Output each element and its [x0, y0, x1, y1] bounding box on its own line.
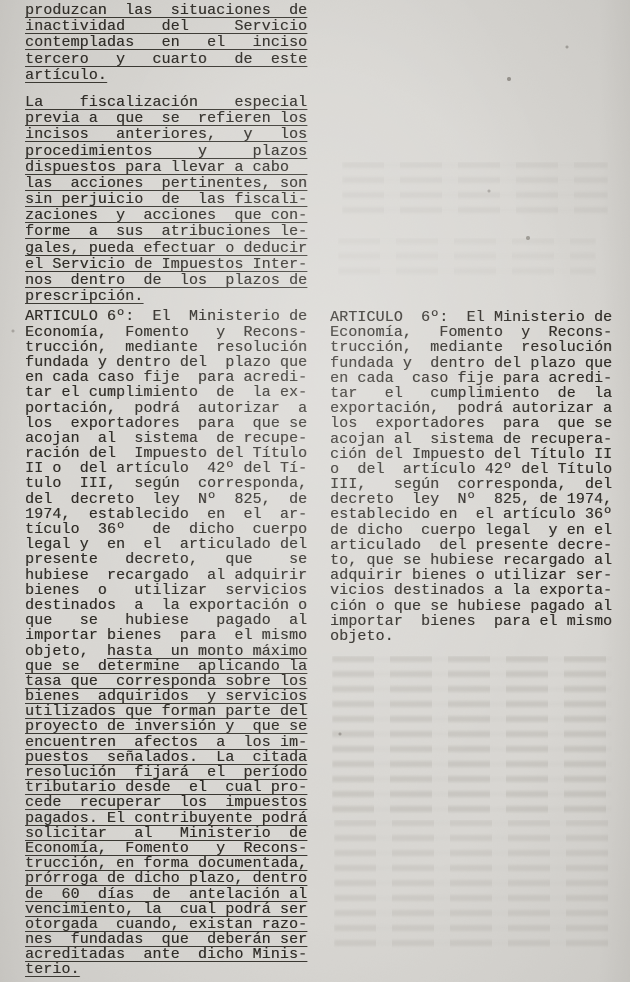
- text-line: 1974, establecido en el ar-: [25, 507, 315, 522]
- text-line: del decreto ley Nº 825, de: [25, 492, 315, 507]
- text-line: bienes o utilizar servicios: [25, 583, 315, 598]
- text-line: importar bienes para el mismo: [25, 628, 315, 643]
- text-line: artículo.: [25, 68, 315, 84]
- text-line: objeto.: [330, 629, 620, 644]
- text-line: puestos señalados. La citada: [25, 750, 315, 765]
- text-line: incisos anteriores, y los: [25, 127, 315, 143]
- text-line: o del artículo 42º del Título: [330, 462, 620, 477]
- text-line: trucción, mediante resolución: [25, 340, 315, 355]
- text-line: procedimientos y plazos: [25, 144, 315, 160]
- text-line: prórroga de dicho plazo, dentro: [25, 871, 315, 886]
- text-line: II o del artículo 42º del Tí-: [25, 461, 315, 476]
- text-line: objeto, hasta un monto máximo: [25, 644, 315, 659]
- text-line: ARTICULO 6º: El Ministerio de: [25, 309, 315, 324]
- text-line: presente decreto, que se: [25, 552, 315, 567]
- text-line: Economía, Fomento y Recons-: [330, 325, 620, 340]
- text-line: La fiscalización especial: [25, 95, 315, 111]
- text-line: que se hubiese pagado al: [25, 613, 315, 628]
- text-line: previa a que se refieren los: [25, 111, 315, 127]
- bleed-through-ghost-middle: [332, 656, 612, 818]
- text-line: ARTICULO 6º: El Ministerio de: [330, 310, 620, 325]
- text-line: cede recuperar los impuestos: [25, 795, 315, 810]
- text-line: bienes adquiridos y servicios: [25, 689, 315, 704]
- bleed-through-ghost-upper: [338, 238, 596, 278]
- text-line: tar el cumplimiento de la: [330, 386, 620, 401]
- text-line: ción del Impuesto del Título II: [330, 447, 620, 462]
- text-line: trucción, mediante resolución: [330, 340, 620, 355]
- text-line: tributario desde el cual pro-: [25, 780, 315, 795]
- text-line: exportación, podrá autorizar a: [330, 401, 620, 416]
- text-line: resolución fijará el período: [25, 765, 315, 780]
- right-column: ARTICULO 6º: El Ministerio deEconomía, F…: [330, 310, 620, 644]
- text-line: zaciones y acciones que con-: [25, 208, 315, 224]
- text-line: acojan al sistema de recupera-: [330, 432, 620, 447]
- text-line: solicitar al Ministerio de: [25, 826, 315, 841]
- text-line: que se determine aplicando la: [25, 659, 315, 674]
- text-line: portación, podrá autorizar a: [25, 401, 315, 416]
- text-line: to, que se hubiese recargado al: [330, 553, 620, 568]
- text-line: hubiese recargado al adquirir: [25, 568, 315, 583]
- text-line: Economía, Fomento y Recons-: [25, 325, 315, 340]
- text-line: en cada caso fije para acredi-: [25, 370, 315, 385]
- text-line: los exportadores para que se: [25, 416, 315, 431]
- text-line: vicios destinados a la exporta-: [330, 583, 620, 598]
- text-line: destinados a la exportación o: [25, 598, 315, 613]
- text-line: dispuestos para llevar a cabo: [25, 160, 315, 176]
- text-line: gales, pueda efectuar o deducir: [25, 241, 315, 257]
- text-line: forme a sus atribuciones le-: [25, 224, 315, 240]
- text-line: Economía, Fomento y Recons-: [25, 841, 315, 856]
- text-line: otorgada cuando, existan razo-: [25, 917, 315, 932]
- text-line: adquirir bienes o utilizar ser-: [330, 568, 620, 583]
- text-line: pagados. El contribuyente podrá: [25, 811, 315, 826]
- text-line: los exportadores para que se: [330, 416, 620, 431]
- text-line: decreto ley Nº 825, de 1974,: [330, 492, 620, 507]
- text-line: trucción, en forma documentada,: [25, 856, 315, 871]
- text-line: inactividad del Servicio: [25, 19, 315, 35]
- text-line: acreditadas ante dicho Minis-: [25, 947, 315, 962]
- text-line: utilizados que forman parte del: [25, 704, 315, 719]
- text-line: tar el cumplimiento de la ex-: [25, 385, 315, 400]
- text-line: sin perjuicio de las fiscali-: [25, 192, 315, 208]
- text-line: articulado del presente decre-: [330, 538, 620, 553]
- text-line: encuentren afectos a los im-: [25, 735, 315, 750]
- text-line: las acciones pertinentes, son: [25, 176, 315, 192]
- paragraph: La fiscalización especialprevia a que se…: [25, 95, 315, 305]
- text-line: fundada y dentro del plazo que: [330, 356, 620, 371]
- text-line: de 60 días de antelación al: [25, 887, 315, 902]
- text-line: importar bienes para el mismo: [330, 614, 620, 629]
- text-line: tasa que corresponda sobre los: [25, 674, 315, 689]
- text-line: tercero y cuarto de este: [25, 52, 315, 68]
- bleed-through-ghost-bottom: [334, 820, 610, 948]
- text-line: nes fundadas que deberán ser: [25, 932, 315, 947]
- bleed-through-ghost-top: [342, 162, 608, 218]
- text-line: vencimiento, la cual podrá ser: [25, 902, 315, 917]
- text-line: ración del Impuesto del Título: [25, 446, 315, 461]
- text-line: contempladas en el inciso: [25, 35, 315, 51]
- text-line: de dicho cuerpo legal y en el: [330, 523, 620, 538]
- text-line: III, según corresponda, del: [330, 477, 620, 492]
- text-line: terio.: [25, 962, 315, 977]
- text-line: el Servicio de Impuestos Inter-: [25, 257, 315, 273]
- text-line: legal y en el articulado del: [25, 537, 315, 552]
- text-line: proyecto de inversión y que se: [25, 719, 315, 734]
- text-line: en cada caso fije para acredi-: [330, 371, 620, 386]
- text-line: fundada y dentro del plazo que: [25, 355, 315, 370]
- text-line: produzcan las situaciones de: [25, 3, 315, 19]
- text-line: prescripción.: [25, 289, 315, 305]
- text-line: tículo 36º de dicho cuerpo: [25, 522, 315, 537]
- paragraph: produzcan las situaciones deinactividad …: [25, 3, 315, 84]
- text-line: establecido en el artículo 36º: [330, 507, 620, 522]
- text-line: nos dentro de los plazos de: [25, 273, 315, 289]
- text-line: acojan al sistema de recupe-: [25, 431, 315, 446]
- text-line: ción o que se hubiese pagado al: [330, 599, 620, 614]
- left-column: produzcan las situaciones deinactividad …: [25, 3, 315, 978]
- text-line: tulo III, según corresponda,: [25, 476, 315, 491]
- paragraph: ARTICULO 6º: El Ministerio deEconomía, F…: [25, 309, 315, 977]
- paragraph: ARTICULO 6º: El Ministerio deEconomía, F…: [330, 310, 620, 644]
- scan-specks: [0, 0, 2, 2]
- scanned-document-page: produzcan las situaciones deinactividad …: [0, 0, 630, 982]
